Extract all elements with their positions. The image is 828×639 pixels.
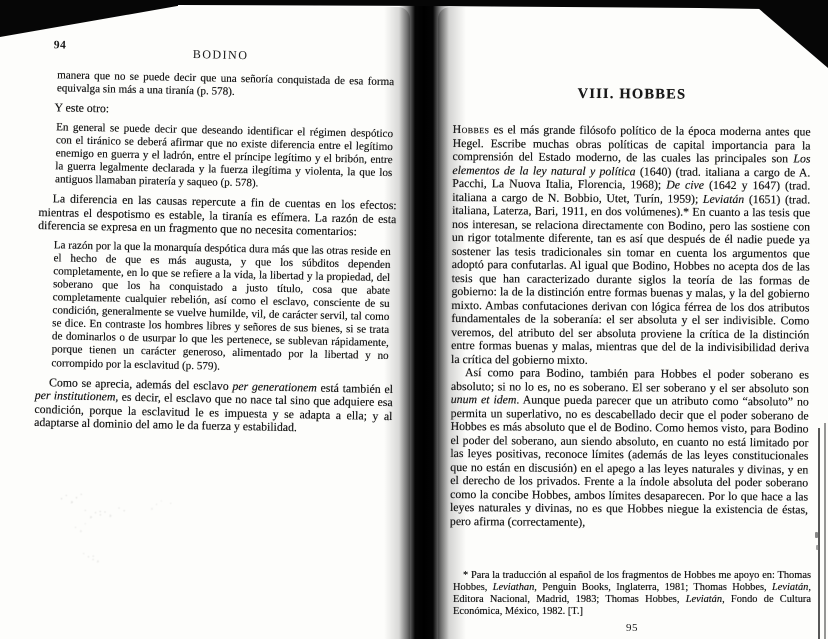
book-spine-shadow <box>399 0 449 639</box>
text-segment: Hobbes <box>453 122 490 136</box>
footnote-area: * Para la traducción al español de los f… <box>453 570 811 618</box>
book-page-left: 94 BODINO manera que no se puede decir q… <box>0 7 410 639</box>
right-page-body: Hobbes es el más grande filósofo polític… <box>450 123 811 530</box>
text-segment: es el más grande filósofo político de la… <box>452 122 810 165</box>
paragraph: Y este otro: <box>40 101 398 122</box>
right-page-content: VIII. HOBBES Hobbes es el más grande fil… <box>450 85 811 530</box>
text-segment: , Penguin Books, Inglaterra, 1981; Thoma… <box>534 582 772 593</box>
quote-block: manera que no se puede decir que una señ… <box>57 69 399 102</box>
text-segment: Leviathan <box>493 582 535 593</box>
scan-smudge: ·˙¸·˙ <box>60 492 86 504</box>
left-page-content: 94 BODINO manera que no se puede decir q… <box>34 35 400 437</box>
text-segment: En general se puede decir que deseando i… <box>55 121 393 189</box>
scan-smudge: ·¸˙ <box>74 521 90 532</box>
paragraph: La diferencia en las causas repercute a … <box>38 192 397 240</box>
text-segment: unum et idem <box>451 392 517 406</box>
book-page-right: VIII. HOBBES Hobbes es el más grande fil… <box>438 7 828 639</box>
page-edge-line <box>824 423 826 639</box>
scan-speck <box>815 532 818 538</box>
text-segment: De cive <box>666 177 704 191</box>
chapter-heading: VIII. HOBBES <box>453 85 811 104</box>
text-segment: Y este otro: <box>54 100 109 115</box>
text-segment: manera que no se puede decir que una señ… <box>57 69 394 98</box>
scan-speck <box>816 545 819 550</box>
page-number-left: 94 <box>54 39 67 51</box>
quote-block: En general se puede decir que deseando i… <box>55 121 398 193</box>
text-segment: Leviatán <box>703 191 744 205</box>
text-segment: . Aunque pueda parecer que un atributo c… <box>450 392 809 528</box>
left-page-header: 94 BODINO <box>41 35 399 70</box>
text-segment: Leviatán <box>686 594 722 605</box>
paragraph: Como se aprecia, además del esclavo per … <box>34 376 393 437</box>
scan-smudge: ˙·:¸ <box>82 551 102 562</box>
text-segment: Así como para Bodino, también para Hobbe… <box>451 365 809 395</box>
text-segment: La razón por la que la monarquía despóti… <box>51 239 391 372</box>
paragraph: Así como para Bodino, también para Hobbe… <box>450 366 809 530</box>
page-edge-line <box>818 428 820 639</box>
text-segment: (1651) (trad. italiana, Laterza, Bari, 1… <box>451 192 810 367</box>
quote-block: La razón por la que la monarquía despóti… <box>51 239 396 377</box>
paragraph: Hobbes es el más grande filósofo polític… <box>451 123 811 368</box>
left-page-body: manera que no se puede decir que una señ… <box>34 69 399 437</box>
text-segment: La diferencia en las causas repercute a … <box>38 191 397 238</box>
footnote: * Para la traducción al español de los f… <box>453 570 811 618</box>
page-number-right: 95 <box>453 622 811 634</box>
running-title: BODINO <box>193 47 249 63</box>
scan-smudge: ¸·˙ · <box>150 498 175 510</box>
right-page-footer: * Para la traducción al español de los f… <box>453 570 811 634</box>
scan-smudge: ˙¸·:·¸ ˙· <box>84 505 128 518</box>
text-segment: Leviatán <box>772 582 808 593</box>
